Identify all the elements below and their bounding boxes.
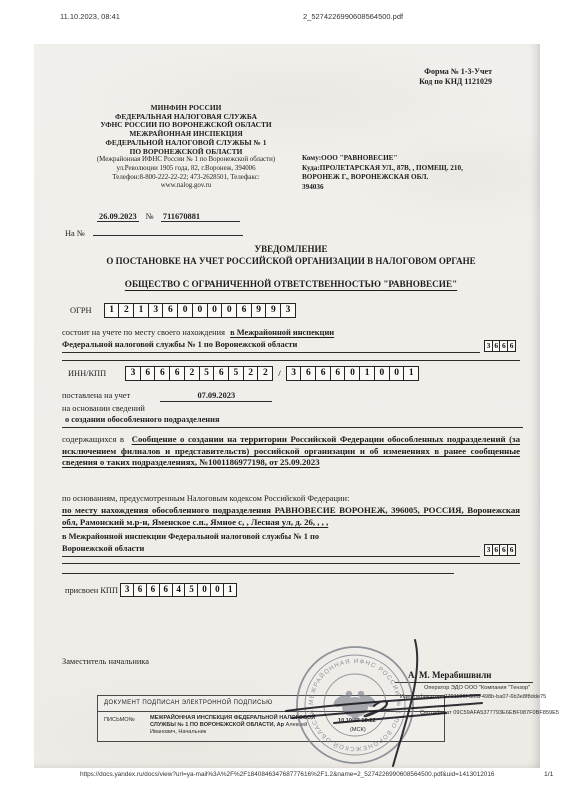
reply-ref-label: На № (65, 229, 85, 238)
registration-code-cells: 3666 (484, 340, 516, 352)
digit-cell: 1 (223, 583, 237, 597)
recipient-to: Кому:ООО "РАВНОВЕСИЕ" (302, 154, 530, 164)
digit-cell: 6 (330, 366, 346, 381)
assigned-kpp-label: присвоен КПП (65, 585, 120, 596)
digit-cell: 1 (403, 366, 419, 381)
esign-doc-type: ПИСЬМО№ (104, 717, 135, 724)
print-header-datetime: 11.10.2023, 08:41 (60, 12, 120, 21)
inn-cells: 3666256522 (125, 366, 273, 381)
digit-cell: 6 (507, 340, 516, 352)
inn-kpp-row: ИНН/КПП 3666256522 / 366601001 (68, 366, 419, 381)
issuer-phone: Телефон:8-800-222-22-22; 473-2628501, Те… (62, 174, 310, 183)
print-preview-page: 11.10.2023, 08:41 2_5274226990608564500.… (0, 0, 566, 800)
assigned-kpp-row: присвоен КПП 366645001 (65, 583, 237, 597)
assigned-kpp-cells: 366645001 (120, 583, 237, 597)
knd-code: Код по КНД 1121029 (419, 77, 492, 87)
digit-cell: 0 (207, 303, 223, 318)
setup-row: поставлена на учет 07.09.2023 (62, 390, 272, 402)
divider (62, 360, 520, 361)
signatory-position: Заместитель начальника (62, 656, 149, 667)
message-text: Сообщение о создании на территории Росси… (62, 434, 520, 467)
message-paragraph: содержащихся в Сообщение о создании на т… (62, 434, 520, 469)
digit-cell: 1 (133, 303, 149, 318)
reply-ref-row: На № (65, 228, 243, 239)
print-header-filename: 2_5274226990608564500.pdf (303, 12, 403, 21)
ogrn-label: ОГРН (70, 305, 92, 316)
registration-line2: Федеральной налоговой службы № 1 по Воро… (62, 339, 480, 353)
digit-cell: 6 (154, 366, 170, 381)
issuer-line: ПО ВОРОНЕЖСКОЙ ОБЛАСТИ (62, 148, 310, 157)
message-prefix: содержащихся в (62, 434, 124, 444)
doc-title-line2: О ПОСТАНОВКЕ НА УЧЕТ РОССИЙСКОЙ ОРГАНИЗА… (62, 255, 520, 267)
kpp-cells: 366601001 (286, 366, 420, 381)
digit-cell: 1 (104, 303, 120, 318)
digit-cell: 5 (228, 366, 244, 381)
issuer-alias: (Межрайонная ИФНС России № 1 по Воронежс… (62, 156, 310, 165)
basis-value: о создании обособленного подразделения (62, 414, 523, 428)
grounds-code-cells: 3666 (484, 544, 516, 556)
digit-cell: 6 (169, 366, 185, 381)
digit-cell: 0 (221, 303, 237, 318)
digit-cell: 6 (213, 366, 229, 381)
digit-cell: 6 (236, 303, 252, 318)
print-footer-page-number: 1/1 (544, 771, 553, 778)
divider (62, 573, 454, 574)
grounds-intro: по основаниям, предусмотренным Налоговым… (62, 493, 349, 504)
recipient-addr3: 394036 (302, 183, 530, 193)
issuer-website: www.nalog.gov.ru (62, 182, 310, 191)
digit-cell: 2 (118, 303, 134, 318)
digit-cell: 1 (359, 366, 375, 381)
basis-label: на основании сведений (62, 403, 145, 414)
ogrn-cells: 1213600006993 (104, 303, 296, 318)
digit-cell: 5 (199, 366, 215, 381)
digit-cell: 6 (140, 366, 156, 381)
org-name: ОБЩЕСТВО С ОГРАНИЧЕННОЙ ОТВЕТСТВЕННОСТЬЮ… (62, 279, 520, 289)
inn-kpp-slash: / (273, 368, 285, 379)
setup-date: 07.09.2023 (160, 390, 272, 402)
form-meta: Форма № 1-3-Учет Код по КНД 1121029 (419, 67, 492, 87)
inn-kpp-label: ИНН/КПП (68, 368, 125, 379)
digit-cell: 3 (286, 366, 302, 381)
print-footer-url: https://docs.yandex.ru/docs/view?url=ya-… (80, 771, 494, 778)
grounds-inspection2: Воронежской области (62, 543, 480, 557)
handwritten-signature (274, 634, 494, 774)
doc-title-line1: УВЕДОМЛЕНИЕ (62, 243, 520, 255)
issuer-address: ул.Революции 1905 года, 82, г.Воронеж, 3… (62, 165, 310, 174)
grounds-inspection1: в Межрайонной инспекции Федеральной нало… (62, 531, 480, 542)
registration-text: состоит на учете по месту своего нахожде… (62, 328, 225, 337)
recipient-block: Кому:ООО "РАВНОВЕСИЕ" Куда:ПРОЛЕТАРСКАЯ … (302, 154, 530, 192)
recipient-addr1: Куда:ПРОЛЕТАРСКАЯ УЛ., 87В, , ПОМЕЩ. 210… (302, 164, 530, 174)
digit-cell: 9 (251, 303, 267, 318)
setup-label: поставлена на учет (62, 391, 130, 400)
digit-cell: 3 (280, 303, 296, 318)
ref-row: 26.09.2023 № 711670881 (97, 211, 240, 222)
digit-cell: 6 (315, 366, 331, 381)
digit-cell: 0 (192, 303, 208, 318)
registration-line1: состоит на учете по месту своего нахожде… (62, 327, 520, 338)
digit-cell: 6 (300, 366, 316, 381)
doc-title: УВЕДОМЛЕНИЕ О ПОСТАНОВКЕ НА УЧЕТ РОССИЙС… (62, 243, 520, 267)
digit-cell: 6 (162, 303, 178, 318)
divider (62, 563, 520, 564)
registration-inspection1: в Межрайонной инспекции (230, 328, 334, 337)
grounds-location: по месту нахождения обособленного подраз… (62, 505, 520, 528)
digit-cell: 0 (344, 366, 360, 381)
digit-cell: 2 (257, 366, 273, 381)
ref-date: 26.09.2023 (97, 212, 139, 222)
digit-cell: 3 (125, 366, 141, 381)
digit-cell: 0 (374, 366, 390, 381)
scanned-document: Форма № 1-3-Учет Код по КНД 1121029 МИНФ… (34, 44, 540, 768)
recipient-addr2: ВОРОНЕЖ Г., ВОРОНЕЖСКАЯ ОБЛ. (302, 173, 530, 183)
digit-cell: 3 (148, 303, 164, 318)
digit-cell: 2 (184, 366, 200, 381)
digit-cell: 6 (507, 544, 516, 556)
form-name: Форма № 1-3-Учет (419, 67, 492, 77)
issuer-block: МИНФИН РОССИИ ФЕДЕРАЛЬНАЯ НАЛОГОВАЯ СЛУЖ… (62, 104, 310, 191)
ref-number: 711670881 (161, 212, 240, 222)
digit-cell: 2 (243, 366, 259, 381)
reply-ref-blank (93, 235, 243, 236)
digit-cell: 0 (177, 303, 193, 318)
ogrn-row: ОГРН 1213600006993 (70, 303, 296, 318)
digit-cell: 0 (389, 366, 405, 381)
digit-cell: 9 (265, 303, 281, 318)
ref-no-sign: № (141, 212, 159, 221)
